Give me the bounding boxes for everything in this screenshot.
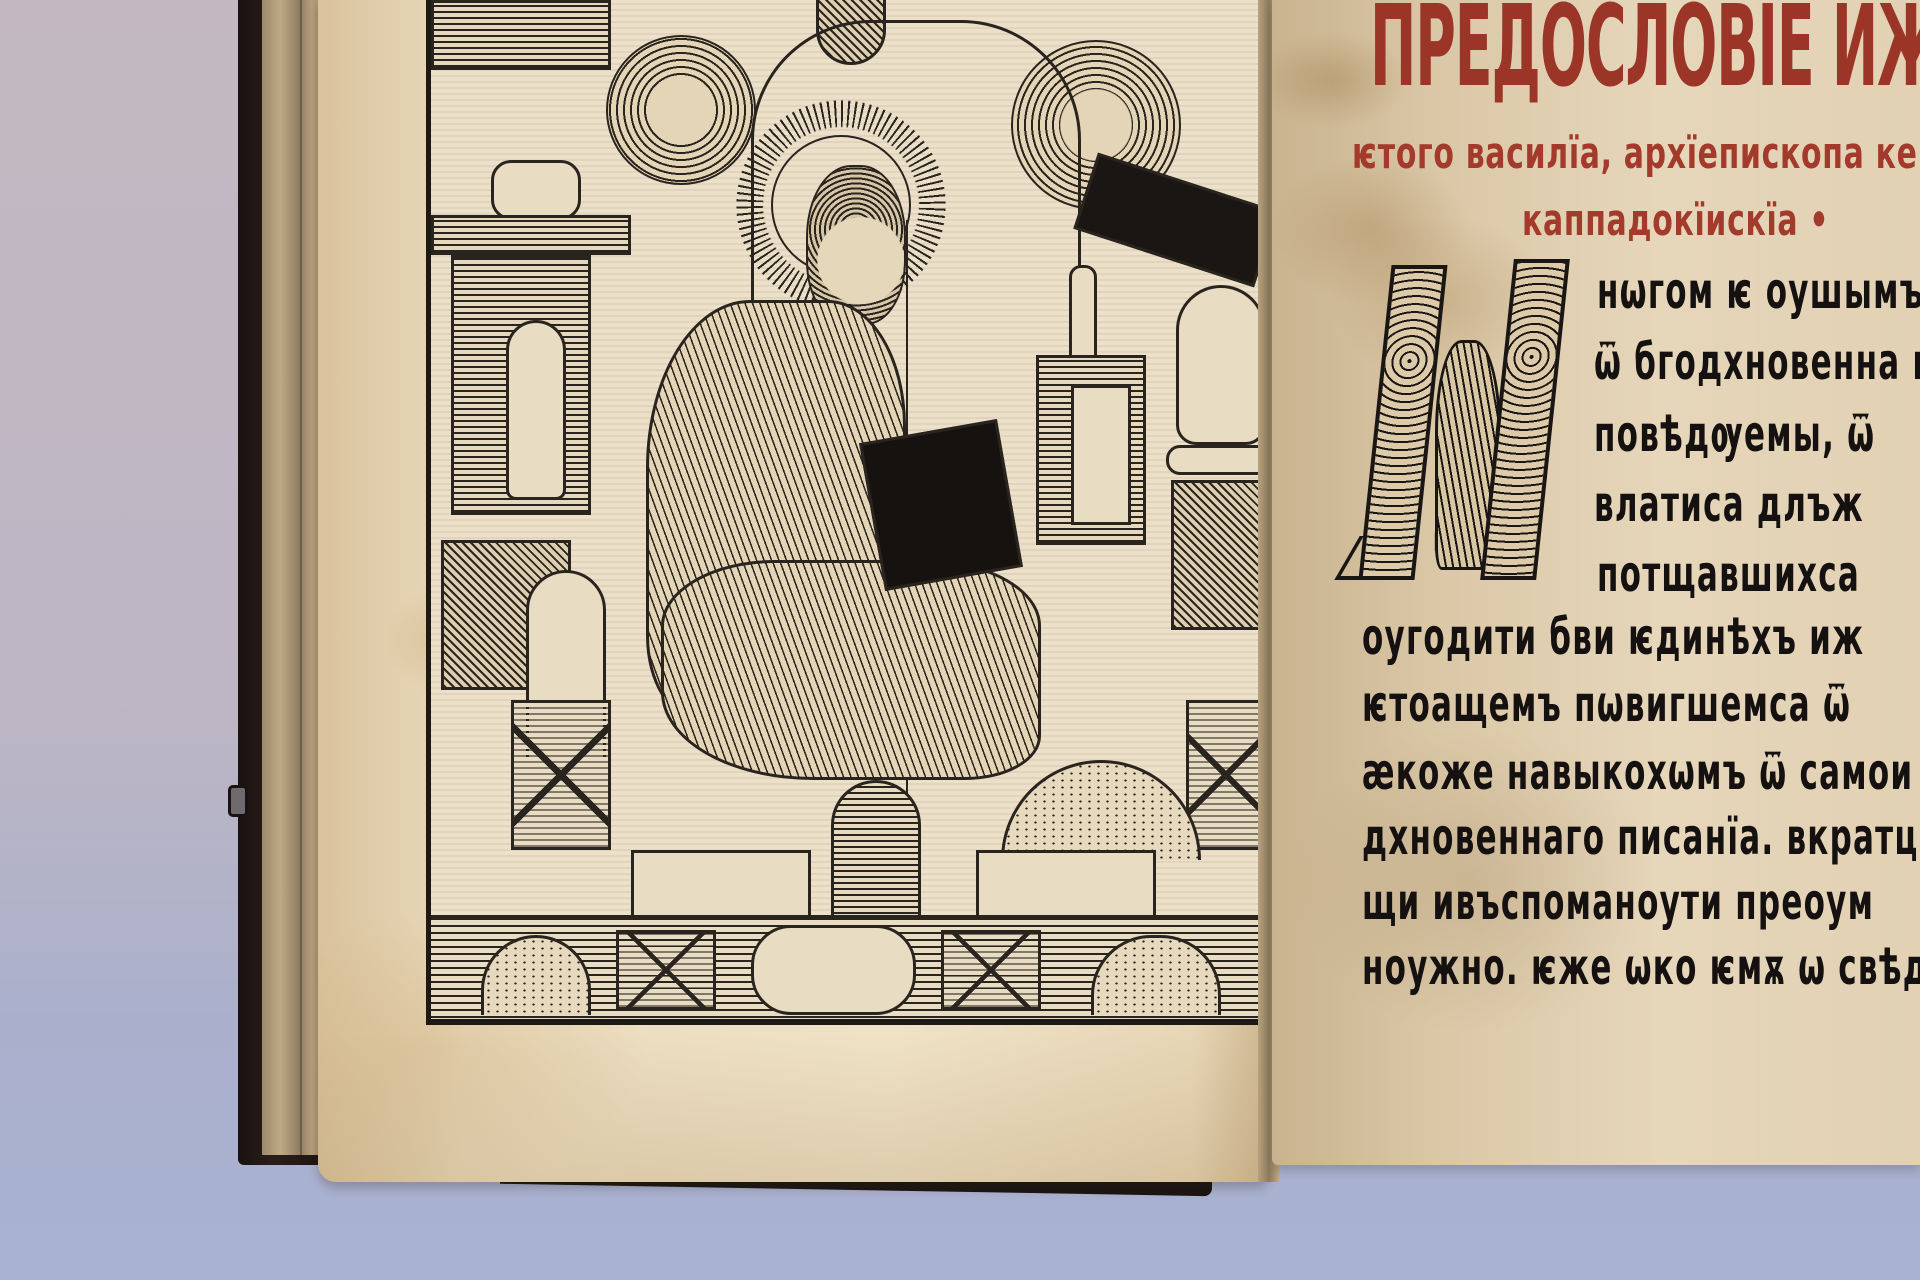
hourglass xyxy=(1069,265,1097,365)
right-x-panel xyxy=(1186,700,1266,850)
base-central-medallion xyxy=(751,925,916,1015)
clasp-icon xyxy=(228,785,248,817)
left-cornice xyxy=(431,215,631,255)
right-dark-canopy xyxy=(1073,153,1268,288)
text-line: ноужно. ѥже ѡко ѥмѫ ѡ свѣд xyxy=(1362,938,1920,996)
text-line: оугодити бви ѥдинѣхъ иж xyxy=(1362,608,1864,666)
left-entablature xyxy=(431,0,611,70)
left-page xyxy=(318,0,1268,1182)
right-arcade xyxy=(1171,480,1268,630)
left-x-panel xyxy=(511,700,611,850)
book-photo-scene: ПРЕДОСЛОВIЕ ИЖЕ ВО СВЯТЫХ ОТЦА НАШЕГО ВА… xyxy=(0,0,1920,1280)
text-line: ѿ бгодхновенна п xyxy=(1594,333,1920,391)
left-vase-ornament xyxy=(506,320,566,500)
woodcut-illustration xyxy=(426,0,1268,1025)
text-line: нѡгом ѥ оушымъ xyxy=(1597,262,1920,320)
text-line: влатиса длъж xyxy=(1594,475,1864,533)
base-x-left xyxy=(616,930,716,1010)
disc-frieze xyxy=(1166,445,1268,475)
page-stack-edge xyxy=(262,0,324,1155)
left-garland xyxy=(606,35,756,185)
rubric-heading: ПРЕДОСЛОВIЕ ИЖЕ ВО СВЯТЫХ ОТЦА НАШЕГО ВА… xyxy=(1370,0,1920,112)
text-line: щи ивъспоманоути преоум xyxy=(1362,873,1874,931)
text-line: ӕкоже навыкохѡмъ ѿ самои xyxy=(1362,743,1913,801)
saint-robe-lower xyxy=(661,560,1041,780)
text-line: потщавшихса xyxy=(1597,545,1860,603)
left-plinth xyxy=(631,850,811,920)
right-gothic-arcade xyxy=(1001,760,1201,860)
right-plinth xyxy=(976,850,1156,920)
base-x-right xyxy=(941,930,1041,1010)
small-tower xyxy=(831,780,921,920)
bust-ornament xyxy=(1176,285,1266,445)
text-line: ѥтоащемъ пѡвигшемса ѿ xyxy=(1362,675,1851,733)
page-stain xyxy=(318,1032,1268,1182)
text-line: повѣдѹемы, ѿ xyxy=(1594,405,1875,463)
left-capital xyxy=(491,160,581,220)
rubric-line-3: каппадокїискїа • xyxy=(1522,195,1829,246)
right-page: ПРЕДОСЛОВIЕ ИЖЕ ВО СВЯТЫХ ОТЦА НАШЕГО ВА… xyxy=(1272,0,1920,1165)
rubric-line-2: ѥтого василїа, архїепископа ке xyxy=(1352,128,1918,179)
decorated-initial-letter xyxy=(1347,265,1597,580)
text-line: дхновеннаго писанїа. вкратц xyxy=(1362,808,1919,866)
open-book-in-woodcut xyxy=(859,419,1023,591)
cabinet-door xyxy=(1071,385,1131,525)
